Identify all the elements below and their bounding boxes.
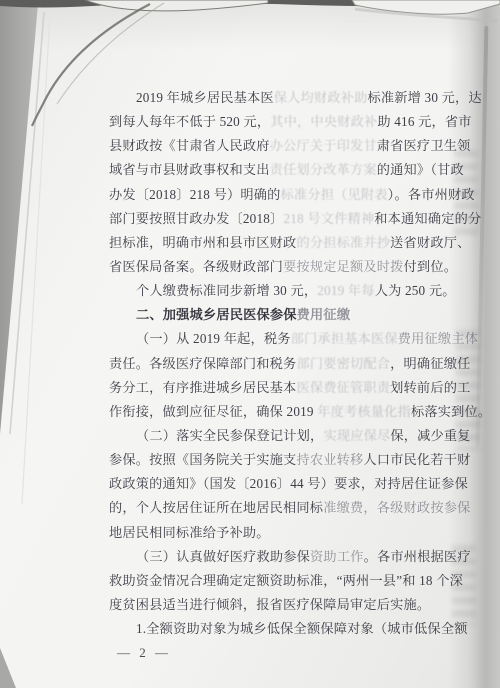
text-segment: 域省与市县财政事权和支出 [109,162,270,177]
document-line: 办发〔2018〕218 号）明确的标准分担（见附表）。各市州财政 [109,183,475,207]
text-segment: 付到位。 [404,259,458,274]
text-segment: 救助资金情况合理确定定额资助标准，“两州一县”和 18 个深 [109,573,463,588]
text-segment-faded: 责任划分改革方案 [270,162,377,177]
text-segment-dim: 各级财政按参保 [377,500,471,515]
scanned-document-page: 2019 年城乡居民基本医保人均财政补助标准新增 30 元，达到每人每年不低于 … [0,0,500,688]
text-segment-faded: 其中，中央财政补 [270,114,377,129]
document-line: （三）认真做好医疗救助参保资助工作。各市州根据医疗 [109,545,475,569]
text-segment: ）。各市州财政 [388,187,475,202]
text-segment-dim: 持农业转移 [296,452,363,467]
document-line: 政政策的通知》（国发〔2016〕44 号）要求，对持居住证参保 [109,472,475,496]
text-segment: 政政策的通知》（国发〔2016〕44 号）要求，对持居住证参保 [109,476,468,491]
text-segment-dim: 要按规定足额及时拨 [283,259,404,274]
text-segment: 保，减少重复 [390,428,470,443]
document-line: （一）从 2019 年起，税务部门承担基本医保费用征缴主体 [109,327,475,351]
text-segment: 二、加强城乡居民医保参保 [136,307,297,322]
text-segment-faded: 部门承担基本医保 [291,331,398,346]
text-segment: 度贫困县适当进行倾斜，报省医疗保障局审定后实施。 [109,597,430,612]
document-line: 部门要按照甘政办发〔2018〕218 号文件精神和本通知确定的分 [109,207,475,231]
text-segment: 地居民相同标准给予补助。 [109,525,270,540]
document-line: 的，个人按居住证所在地居民相同标准缴费，各级财政按参保 [109,496,475,520]
text-segment: 省医保局备案。各级财政部门 [109,259,283,274]
text-segment-faded: 办公厅关于印发甘 [270,138,377,153]
text-segment-faded: 的分担标准并抄 [296,235,390,250]
text-segment-faded: 部门要密切配合 [296,356,390,371]
document-line: 参保。按照《国务院关于实施支持农业转移人口市民化若干财 [109,448,475,472]
text-segment-faded: 医保费征管职责 [296,380,390,395]
text-segment: （二）落实全民参保登记计划， [136,428,323,443]
paper-top-shadow [0,4,500,56]
text-segment: 。各市州根据医疗 [364,549,471,564]
text-segment-dim: 资助工作 [310,549,364,564]
text-segment: 人为 250 元。 [375,283,456,298]
text-block: 2019 年城乡居民基本医保人均财政补助标准新增 30 元，达到每人每年不低于 … [109,86,475,641]
text-segment-faded: 年度考核量化指 [317,404,411,419]
text-segment-faded: 标准分担（见附表 [281,187,388,202]
text-segment-faded: 保人均财政补助 [274,90,368,105]
text-segment: 务分工，有序推进城乡居民基本 [109,380,296,395]
text-segment: 参保。按照《国务院关于实施支 [109,452,296,467]
text-segment: 2019 年城乡居民基本医 [136,90,274,105]
text-segment: 责任。各级医疗保障部门和税务 [109,356,296,371]
text-segment-dim: 费用征缴 [297,307,351,322]
document-line: 地居民相同标准给予补助。 [109,521,475,545]
text-segment-dim: 费用征缴主体 [398,331,478,346]
document-line: 到每人每年不低于 520 元，其中，中央财政补助 416 元，省市 [109,110,475,134]
text-segment: （一）从 2019 年起，税务 [136,331,291,346]
text-segment: 人口市民化若干财 [363,452,470,467]
document-line: 度贫困县适当进行倾斜，报省医疗保障局审定后实施。 [109,593,475,617]
text-segment: 标准新增 30 元，达 [368,90,482,105]
text-segment-dim: 准缴费， [323,500,377,515]
section-heading-line: 二、加强城乡居民医保参保费用征缴 [109,303,475,327]
text-segment: 1.全额资助对象为城乡低保全额保障对象（城市低保全额 [136,621,468,636]
text-segment: 划转前后的工 [390,380,470,395]
text-segment: 肃省医疗卫生领 [377,138,471,153]
document-line: 域省与市县财政事权和支出责任划分改革方案的通知》（甘政 [109,158,475,182]
document-line: 救助资金情况合理确定定额资助标准，“两州一县”和 18 个深 [109,569,475,593]
document-line: 省医保局备案。各级财政部门要按规定足额及时拨付到位。 [109,255,475,279]
text-segment: 到每人每年不低于 520 元， [109,114,270,129]
text-segment: 部门要按照甘政办发〔2018〕 [109,211,283,226]
page-number: — 2 — [117,645,171,661]
text-segment: （三）认真做好医疗救助参保 [136,549,310,564]
text-segment: 助 416 元，省市 [377,114,471,129]
text-segment: 送省财政厅、 [390,235,470,250]
document-line: 责任。各级医疗保障部门和税务部门要密切配合，明确征缴任 [109,352,475,376]
text-segment-faded: 实现应保尽 [323,428,390,443]
text-segment: 个人缴费标准同步新增 30 元， [136,283,317,298]
text-segment-faded: 218 号文件精神 [283,211,374,226]
text-segment: 的通知》（甘政 [377,162,464,177]
text-segment: ，明确征缴任 [390,356,470,371]
text-segment: 县财政按《甘肃省人民政府 [109,138,270,153]
document-line: （二）落实全民参保登记计划，实现应保尽保，减少重复 [109,424,475,448]
text-segment-faded: 2019 年每 [317,283,374,298]
document-line: 1.全额资助对象为城乡低保全额保障对象（城市低保全额 [109,617,475,641]
document-line: 担标准，明确市州和县市区财政的分担标准并抄送省财政厅、 [109,231,475,255]
text-segment: 作衔接，做到应征尽征，确保 2019 [109,404,317,419]
document-line: 务分工，有序推进城乡居民基本医保费征管职责划转前后的工 [109,376,475,400]
text-segment: 办发〔2018〕218 号）明确的 [109,187,281,202]
document-line: 2019 年城乡居民基本医保人均财政补助标准新增 30 元，达 [109,86,475,110]
text-segment: 的，个人按居住证所在地居民相同标 [109,500,323,515]
document-line: 县财政按《甘肃省人民政府办公厅关于印发甘肃省医疗卫生领 [109,134,475,158]
document-line: 个人缴费标准同步新增 30 元，2019 年每人为 250 元。 [109,279,475,303]
text-segment: 担标准，明确市州和县市区财政 [109,235,296,250]
text-segment: 和本通知确定的分 [374,211,481,226]
text-segment: 标落实到位。 [411,404,491,419]
document-line: 作衔接，做到应征尽征，确保 2019 年度考核量化指标落实到位。 [109,400,475,424]
